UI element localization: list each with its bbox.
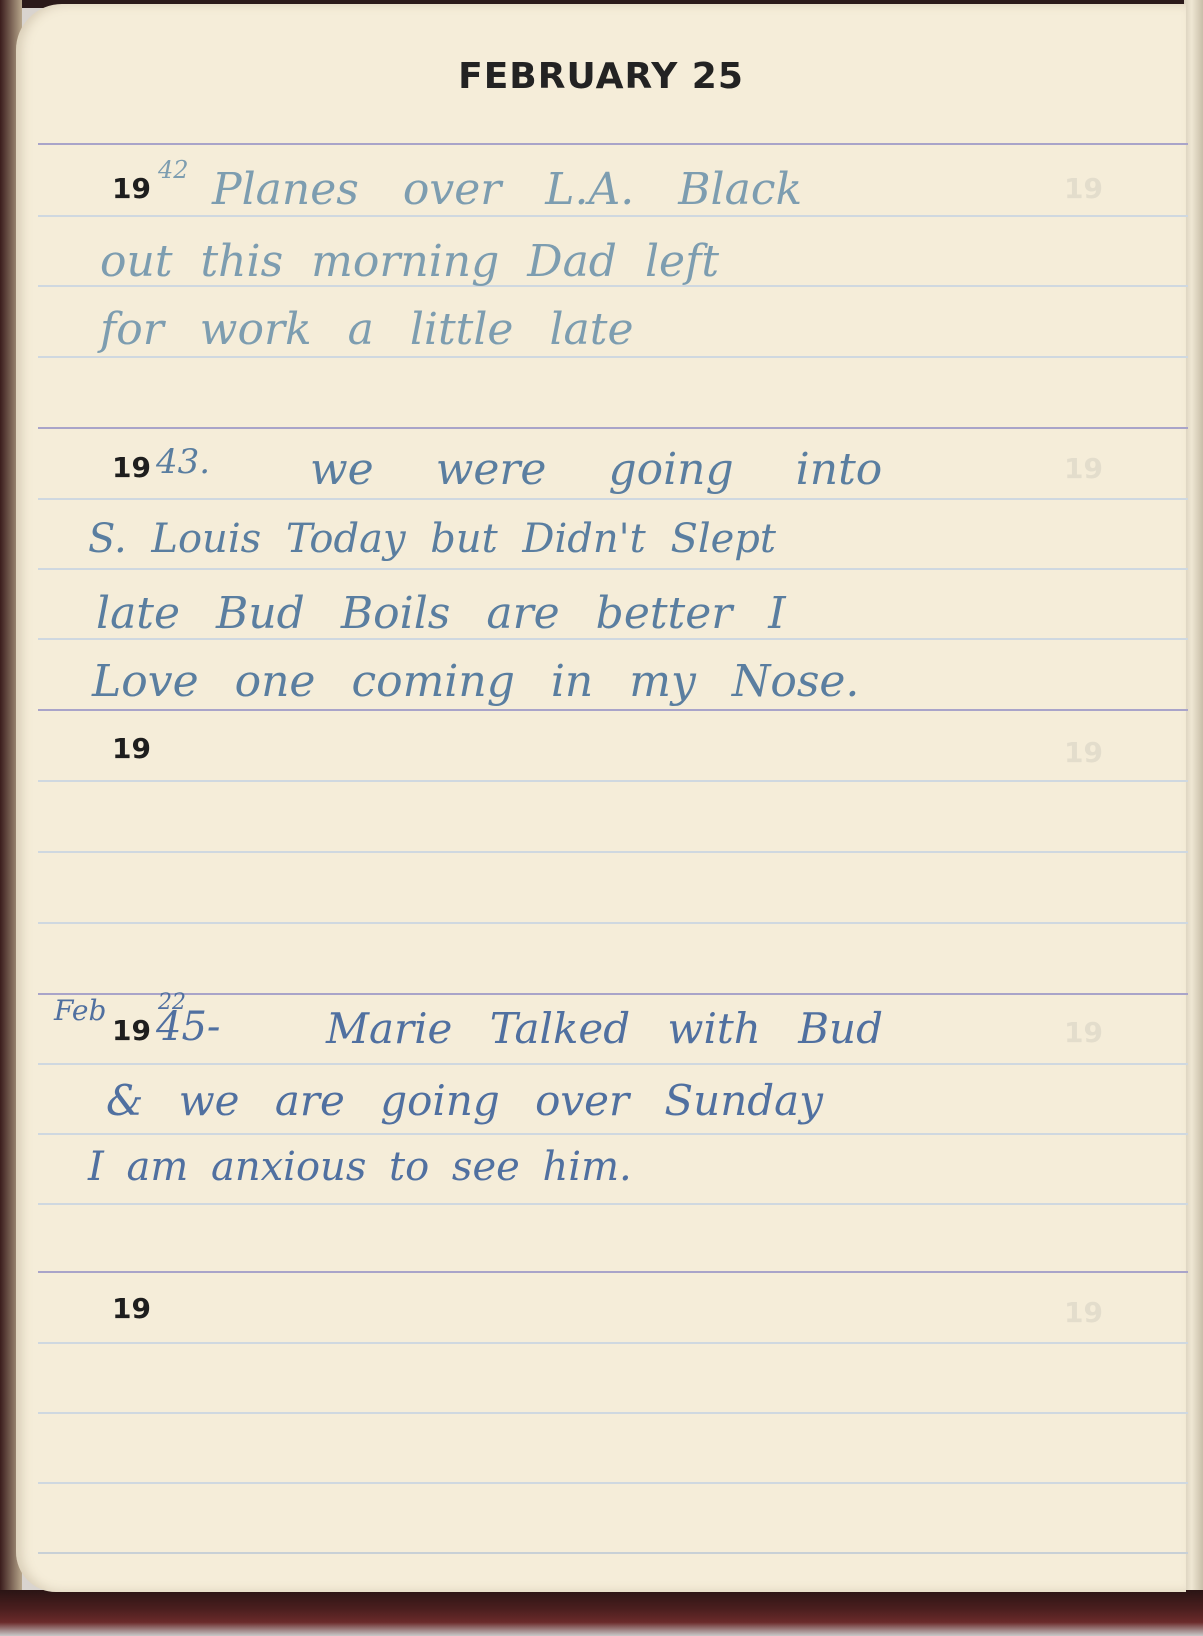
line-rule (38, 215, 1188, 217)
diary-cover-bottom (0, 1590, 1203, 1636)
entry-line: & we are going over Sunday (106, 1076, 823, 1125)
line-rule (38, 498, 1188, 500)
section-rule (38, 143, 1188, 145)
section-rule (38, 427, 1188, 429)
bleed-through-year: 19 (1064, 1296, 1103, 1329)
line-rule (38, 1342, 1188, 1344)
bleed-through-year: 19 (1064, 452, 1103, 485)
section-rule (38, 1552, 1188, 1554)
entry-line: I am anxious to see him. (88, 1144, 632, 1190)
line-rule (38, 568, 1188, 570)
entry-line: Love one coming in my Nose. (92, 656, 859, 707)
handwritten-year-suffix: 45- (156, 1004, 220, 1050)
bleed-through-year: 19 (1064, 1016, 1103, 1049)
section-rule (38, 709, 1188, 711)
bleed-through-year: 19 (1064, 736, 1103, 769)
line-rule (38, 1133, 1188, 1135)
line-rule (38, 1063, 1188, 1065)
handwritten-year-suffix: 43. (156, 442, 210, 482)
line-rule (38, 851, 1188, 853)
line-rule (38, 1203, 1188, 1205)
line-rule (38, 1412, 1188, 1414)
entry-line: S. Louis Today but Didn't Slept (88, 516, 776, 562)
bleed-through-year: 19 (1064, 172, 1103, 205)
printed-year: 19 (112, 1014, 151, 1047)
handwritten-month-prefix: Feb (54, 994, 106, 1027)
entry-line: we were going into (310, 444, 882, 495)
diary-page: FEBRUARY 25 19 19 19 19 19 19 42 Planes … (16, 4, 1186, 1592)
entry-line: out this morning Dad left (100, 236, 719, 287)
entry-line: Marie Talked with Bud (326, 1004, 883, 1053)
handwritten-year-suffix: 42 (158, 156, 189, 184)
printed-year: 19 (112, 451, 151, 484)
section-rule (38, 1271, 1188, 1273)
printed-year: 19 (112, 172, 151, 205)
line-rule (38, 922, 1188, 924)
line-rule (38, 780, 1188, 782)
page-stack-edge (1184, 0, 1203, 1600)
printed-year: 19 (112, 1292, 151, 1325)
page-date-heading: FEBRUARY 25 (16, 56, 1186, 97)
entry-line: Planes over L.A. Black (212, 164, 802, 215)
entry-line: late Bud Boils are better I (96, 588, 786, 639)
line-rule (38, 356, 1188, 358)
printed-year: 19 (112, 732, 151, 765)
section-rule (38, 993, 1188, 995)
entry-line: for work a little late (100, 304, 633, 355)
line-rule (38, 1482, 1188, 1484)
